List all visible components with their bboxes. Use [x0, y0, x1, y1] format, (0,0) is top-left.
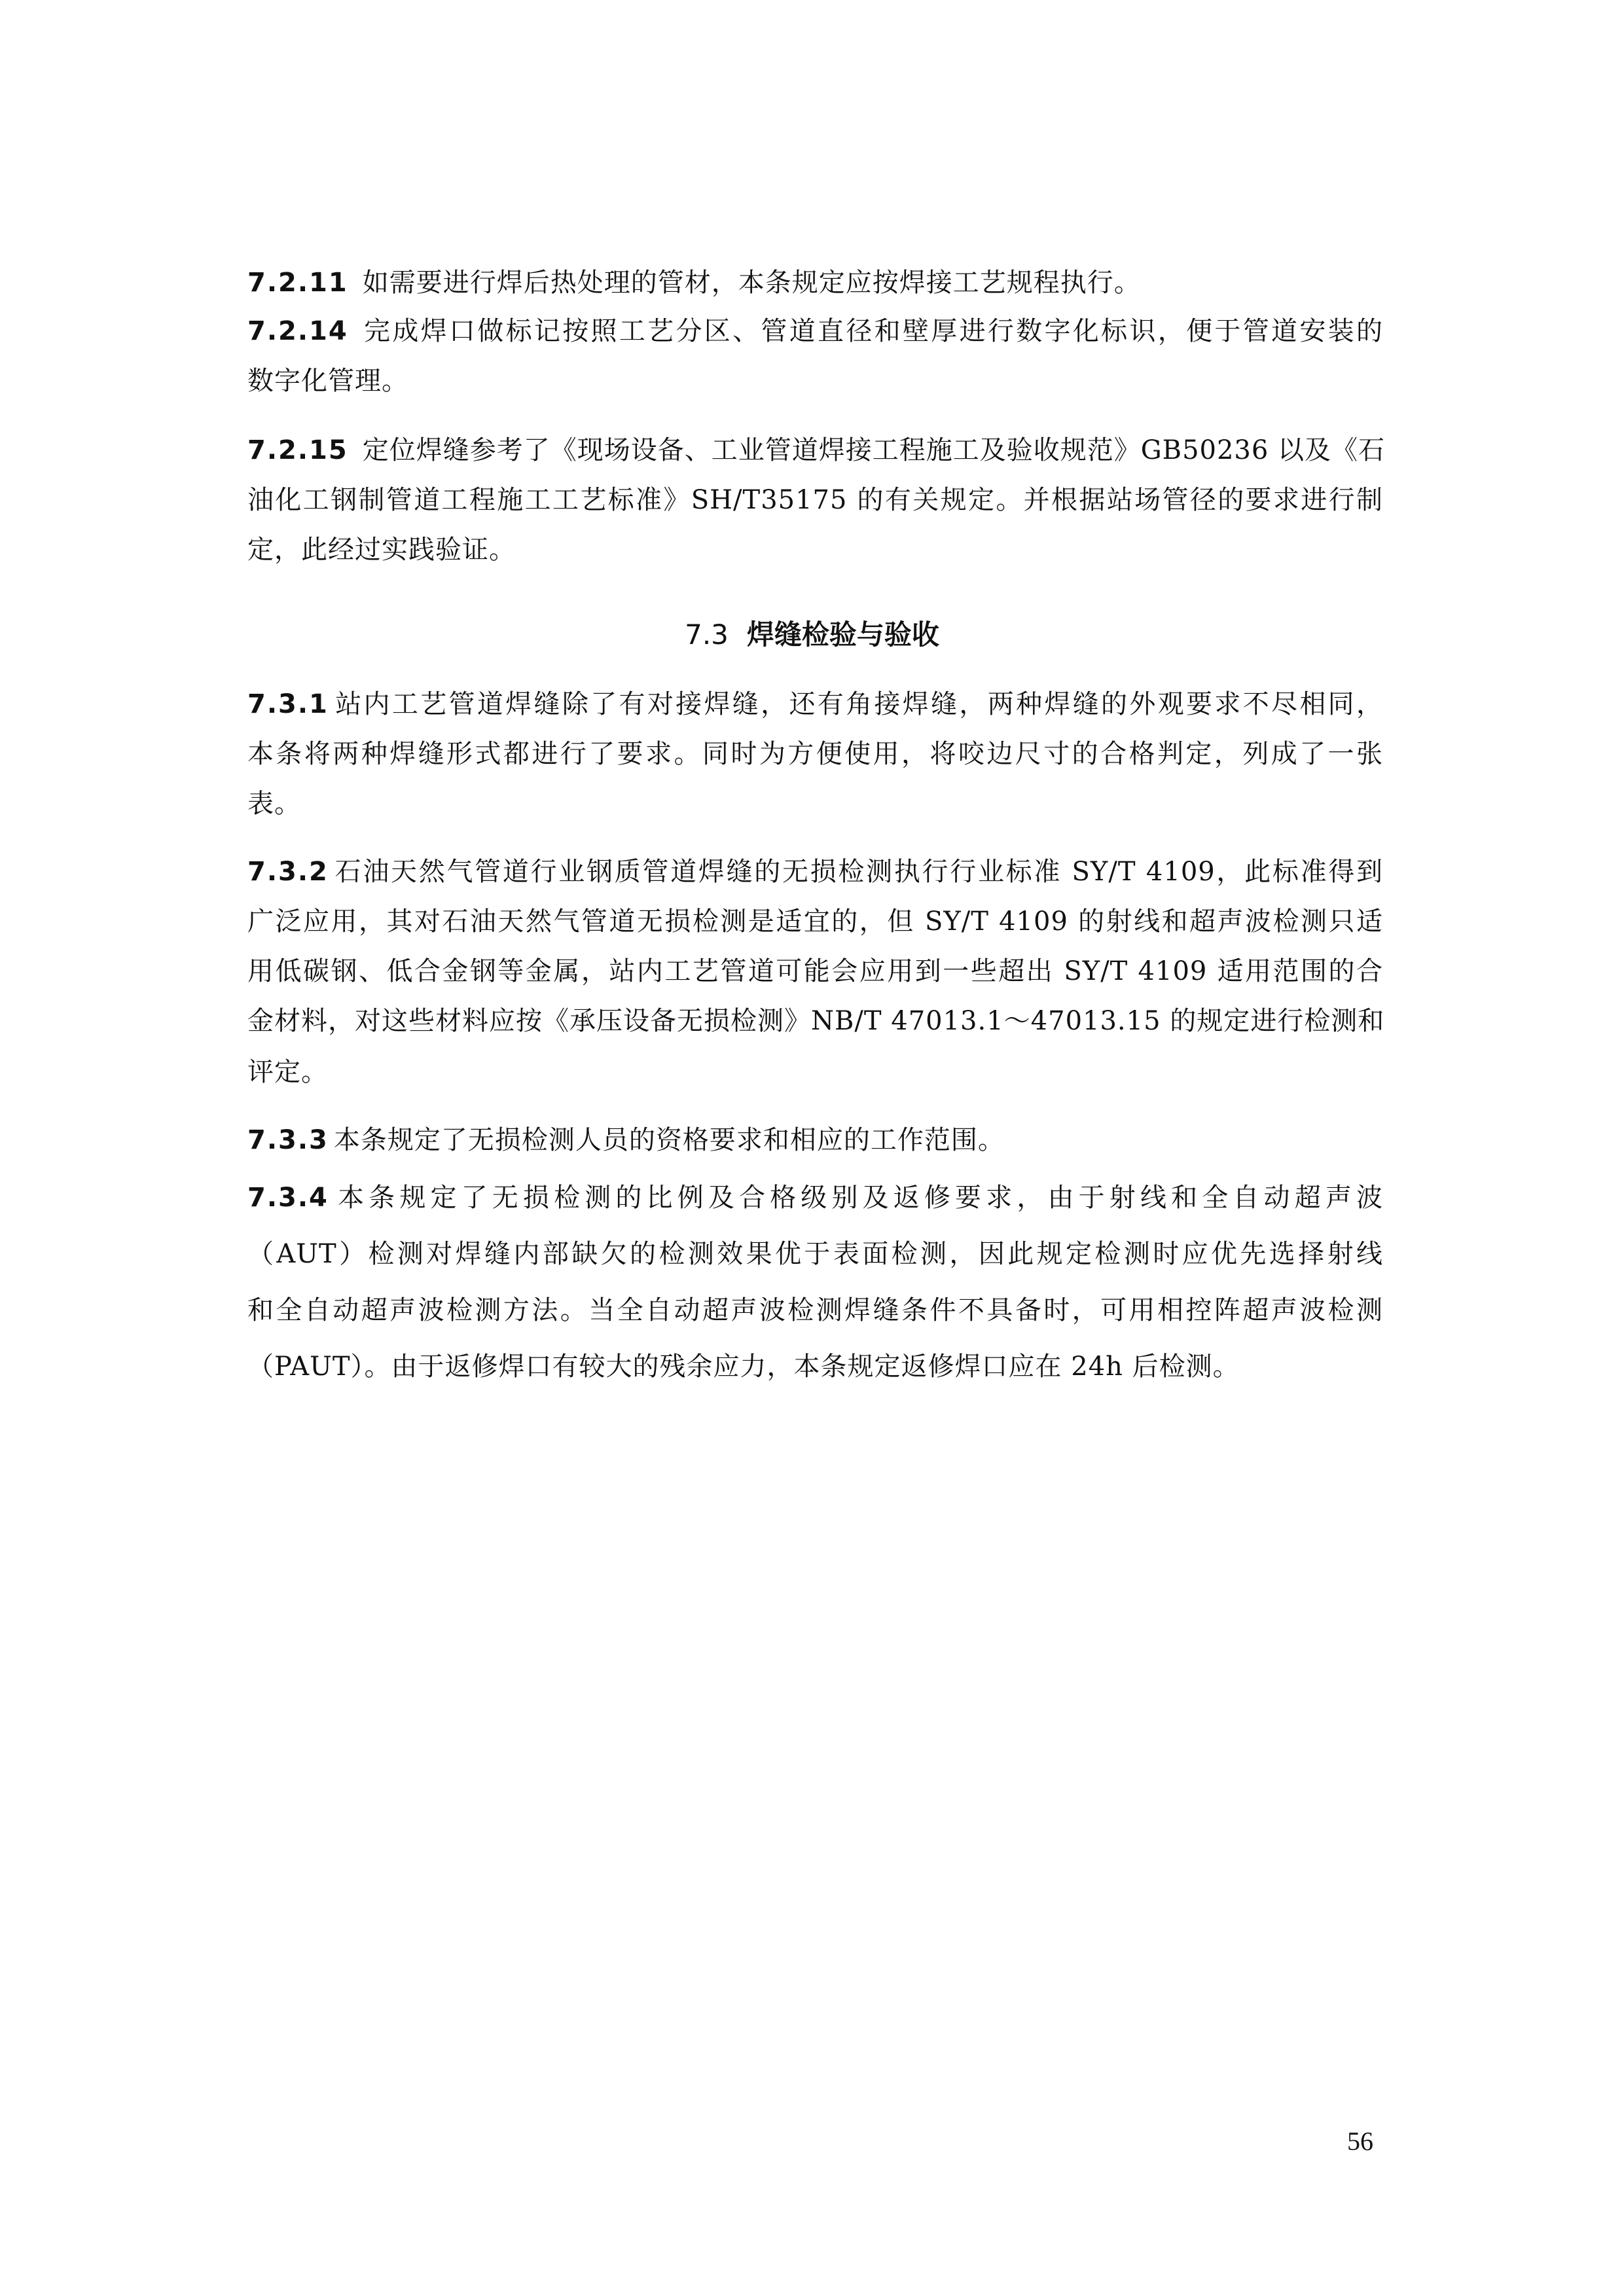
clause-7-3-2-line-2: 广泛应用，其对石油天然气管道无损检测是适宜的，但 SY/T 4109 的射线和超… — [247, 902, 1383, 941]
clause-number: 7.2.14 — [247, 316, 348, 346]
clause-text: 定，此经过实践验证。 — [247, 535, 516, 565]
clause-text: 用低碳钢、低合金钢等金属，站内工艺管道可能会应用到一些超出 SY/T 4109 … — [247, 956, 1383, 986]
clause-7-3-4-line-3: 和全自动超声波检测方法。当全自动超声波检测焊缝条件不具备时，可用相控阵超声波检测 — [247, 1291, 1383, 1330]
clause-7-3-2-line-3: 用低碳钢、低合金钢等金属，站内工艺管道可能会应用到一些超出 SY/T 4109 … — [247, 952, 1383, 991]
clause-text: （AUT）检测对焊缝内部缺欠的检测效果优于表面检测，因此规定检测时应优先选择射线 — [247, 1239, 1383, 1269]
clause-7-2-15-line-1: 7.2.15定位焊缝参考了《现场设备、工业管道焊接工程施工及验收规范》GB502… — [247, 431, 1383, 470]
section-heading: 7.3焊缝检验与验收 — [0, 615, 1624, 655]
clause-7-3-4-line-2: （AUT）检测对焊缝内部缺欠的检测效果优于表面检测，因此规定检测时应优先选择射线 — [247, 1234, 1383, 1274]
clause-text: 数字化管理。 — [247, 366, 408, 396]
clause-7-3-2-line-5: 评定。 — [247, 1052, 1383, 1092]
clause-text: 石油天然气管道行业钢质管道焊缝的无损检测执行行业标准 SY/T 4109，此标准… — [334, 857, 1383, 887]
clause-text: 本条将两种焊缝形式都进行了要求。同时为方便使用，将咬边尺寸的合格判定，列成了一张 — [247, 739, 1383, 769]
clause-text: 评定。 — [247, 1057, 328, 1087]
section-title: 焊缝检验与验收 — [747, 619, 939, 651]
clause-7-3-3-line-1: 7.3.3本条规定了无损检测人员的资格要求和相应的工作范围。 — [247, 1121, 1383, 1160]
clause-text: 完成焊口做标记按照工艺分区、管道直径和壁厚进行数字化标识，便于管道安装的 — [363, 316, 1383, 346]
clause-text: 定位焊缝参考了《现场设备、工业管道焊接工程施工及验收规范》GB50236 以及《… — [363, 435, 1385, 465]
clause-7-2-14-line-2: 数字化管理。 — [247, 361, 1383, 401]
clause-7-3-4-line-1: 7.3.4本条规定了无损检测的比例及合格级别及返修要求，由于射线和全自动超声波 — [247, 1178, 1383, 1217]
clause-7-3-4-line-4: （PAUT）。由于返修焊口有较大的残余应力，本条规定返修焊口应在 24h 后检测… — [247, 1347, 1383, 1386]
clause-7-2-15-line-2: 油化工钢制管道工程施工工艺标准》SH/T35175 的有关规定。并根据站场管径的… — [247, 480, 1383, 520]
clause-7-3-1-line-2: 本条将两种焊缝形式都进行了要求。同时为方便使用，将咬边尺寸的合格判定，列成了一张 — [247, 734, 1383, 774]
clause-text: （PAUT）。由于返修焊口有较大的残余应力，本条规定返修焊口应在 24h 后检测… — [247, 1352, 1240, 1382]
clause-number: 7.2.11 — [247, 268, 348, 298]
clause-number: 7.3.3 — [247, 1125, 329, 1155]
clause-7-2-14-line-1: 7.2.14完成焊口做标记按照工艺分区、管道直径和壁厚进行数字化标识，便于管道安… — [247, 312, 1383, 351]
clause-text: 本条规定了无损检测人员的资格要求和相应的工作范围。 — [334, 1125, 1005, 1155]
clause-7-2-15-line-3: 定，此经过实践验证。 — [247, 530, 1383, 569]
page-number: 56 — [1347, 2126, 1373, 2157]
clause-7-3-2-line-1: 7.3.2石油天然气管道行业钢质管道焊缝的无损检测执行行业标准 SY/T 410… — [247, 852, 1383, 891]
clause-text: 油化工钢制管道工程施工工艺标准》SH/T35175 的有关规定。并根据站场管径的… — [247, 485, 1383, 515]
clause-7-2-11-line-1: 7.2.11如需要进行焊后热处理的管材，本条规定应按焊接工艺规程执行。 — [247, 263, 1383, 302]
clause-number: 7.3.1 — [247, 689, 329, 719]
clause-text: 广泛应用，其对石油天然气管道无损检测是适宜的，但 SY/T 4109 的射线和超… — [247, 906, 1383, 937]
document-page: 7.2.11如需要进行焊后热处理的管材，本条规定应按焊接工艺规程执行。 7.2.… — [0, 0, 1624, 2296]
clause-text: 如需要进行焊后热处理的管材，本条规定应按焊接工艺规程执行。 — [363, 268, 1141, 298]
clause-number: 7.2.15 — [247, 435, 348, 465]
clause-text: 表。 — [247, 789, 301, 819]
clause-text: 本条规定了无损检测的比例及合格级别及返修要求，由于射线和全自动超声波 — [334, 1183, 1383, 1213]
clause-number: 7.3.4 — [247, 1183, 329, 1213]
clause-7-3-1-line-3: 表。 — [247, 784, 1383, 823]
clause-text: 站内工艺管道焊缝除了有对接焊缝，还有角接焊缝，两种焊缝的外观要求不尽相同， — [334, 689, 1383, 719]
clause-text: 金材料，对这些材料应按《承压设备无损检测》NB/T 47013.1～47013.… — [247, 1006, 1384, 1036]
clause-7-3-2-line-4: 金材料，对这些材料应按《承压设备无损检测》NB/T 47013.1～47013.… — [247, 1001, 1383, 1041]
section-number: 7.3 — [685, 619, 729, 651]
clause-text: 和全自动超声波检测方法。当全自动超声波检测焊缝条件不具备时，可用相控阵超声波检测 — [247, 1295, 1383, 1325]
clause-7-3-1-line-1: 7.3.1站内工艺管道焊缝除了有对接焊缝，还有角接焊缝，两种焊缝的外观要求不尽相… — [247, 685, 1383, 724]
clause-number: 7.3.2 — [247, 857, 329, 887]
